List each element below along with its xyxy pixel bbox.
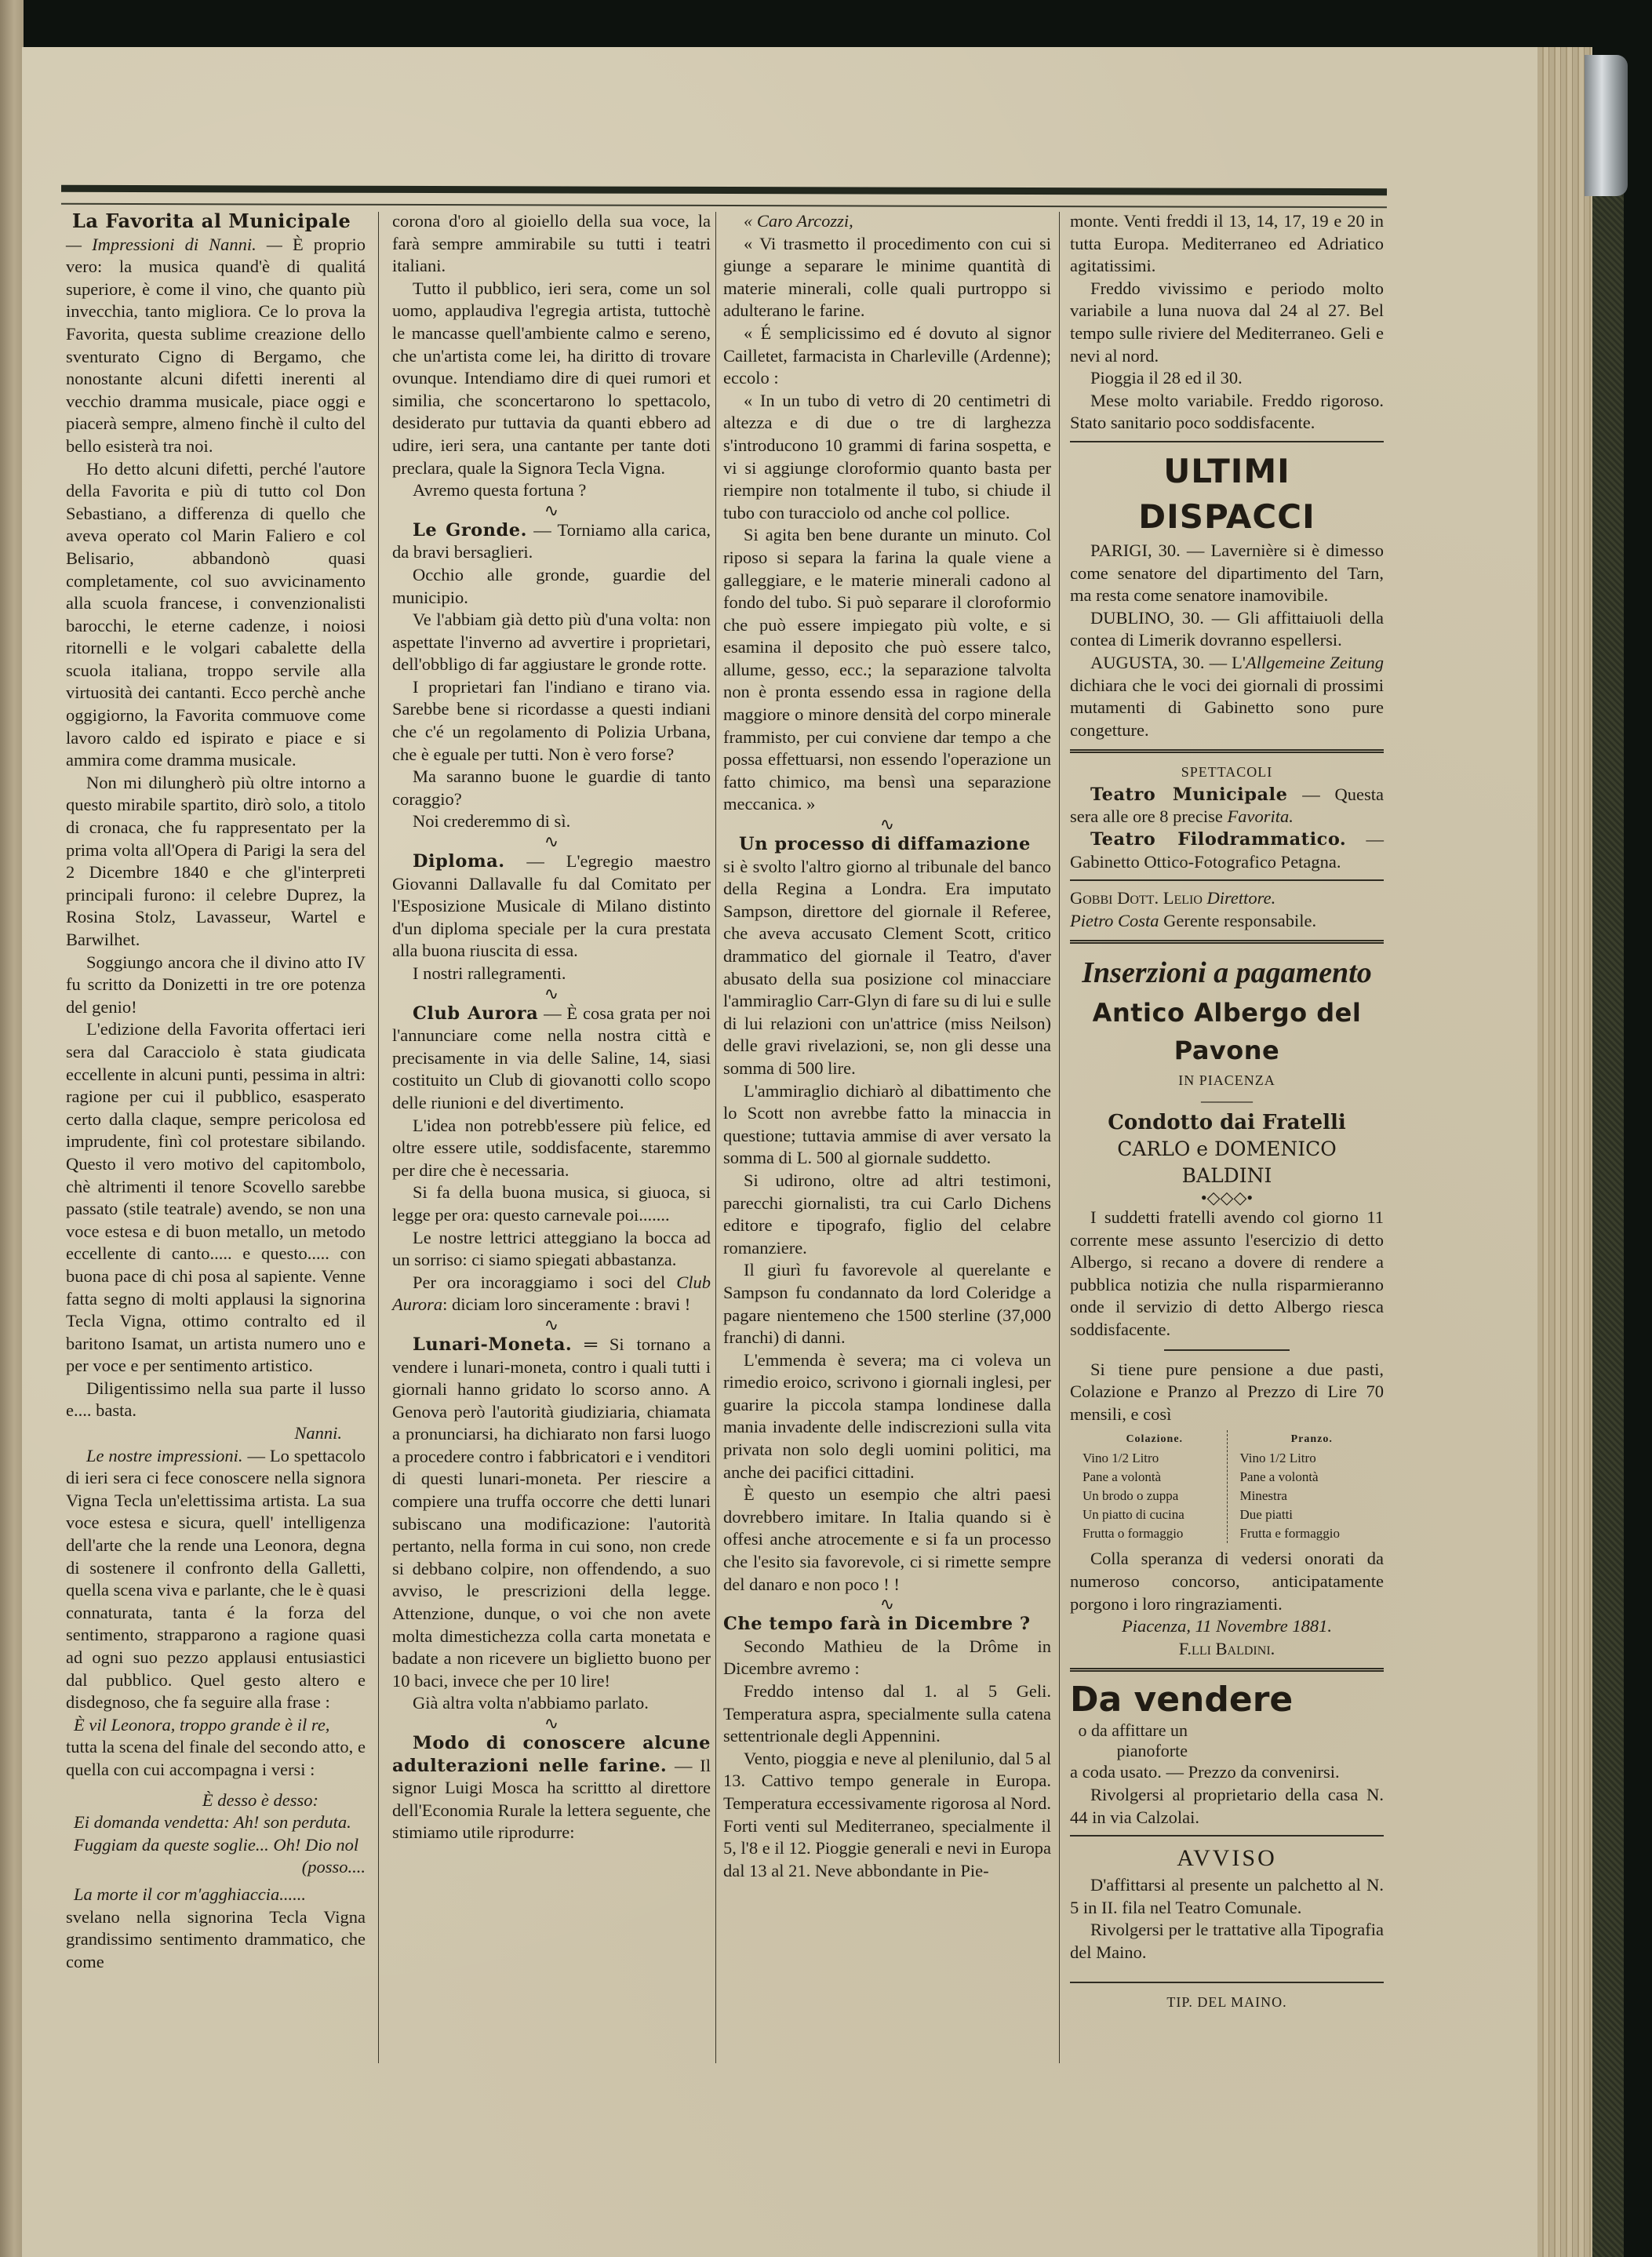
top-rule bbox=[61, 185, 1387, 208]
article-title: Club Aurora bbox=[413, 1003, 538, 1024]
director-role: Direttore. bbox=[1207, 888, 1276, 908]
menu-heading: Colazione. bbox=[1083, 1430, 1227, 1449]
salutation: « Caro Arcozzi, bbox=[744, 211, 853, 231]
column-3: « Caro Arcozzi, « Vi trasmetto il proced… bbox=[723, 210, 1051, 1882]
article-title: Le Gronde. bbox=[413, 520, 527, 541]
ornament-icon: ∿ bbox=[723, 1596, 1051, 1613]
article-lunari: Lunari-Moneta. ═ Si tornano a vendere i … bbox=[392, 1334, 711, 1693]
menu-item: Minestra bbox=[1240, 1487, 1385, 1505]
divider bbox=[1070, 940, 1384, 944]
dispatch-text: dichiara che le voci dei giornali di pro… bbox=[1070, 675, 1384, 740]
paragraph: Ve l'abbiam già detto più d'una volta: n… bbox=[392, 609, 711, 676]
menu-colazione: Colazione. Vino 1/2 Litro Pane a volontà… bbox=[1070, 1430, 1228, 1543]
page-stack-edges bbox=[1537, 47, 1592, 2257]
section-title: Inserzioni a pagamento bbox=[1070, 952, 1384, 994]
verse-line: (posso.... bbox=[66, 1856, 366, 1879]
manager-role: Gerente responsabile. bbox=[1163, 911, 1316, 930]
paragraph: L'edizione della Favorita offertaci ieri… bbox=[66, 1018, 366, 1378]
newspaper-name: Allgemeine Zeitung bbox=[1246, 653, 1384, 672]
paragraph: Freddo vivissimo e periodo molto variabi… bbox=[1070, 278, 1384, 367]
paragraph: Le nostre impressioni. — Lo spettacolo d… bbox=[66, 1445, 366, 1714]
masthead-credit: Pietro Costa Gerente responsabile. bbox=[1070, 910, 1384, 933]
paragraph: Non mi dilungherò più oltre intorno a qu… bbox=[66, 772, 366, 952]
paragraph: Il giurì fu favorevole al querelante e S… bbox=[723, 1259, 1051, 1349]
paragraph: I nostri rallegramenti. bbox=[392, 963, 711, 985]
divider bbox=[1070, 1835, 1384, 1837]
signature: Nanni. bbox=[294, 1423, 342, 1443]
column-2: corona d'oro al gioiello della sua voce,… bbox=[392, 210, 711, 1844]
menu-item: Vino 1/2 Litro bbox=[1083, 1449, 1227, 1468]
paragraph: Rivolgersi per le trattative alla Tipogr… bbox=[1070, 1919, 1384, 1964]
article-farine: Modo di conoscere alcune adulterazioni n… bbox=[392, 1732, 711, 1844]
paragraph: Avremo questa fortuna ? bbox=[392, 479, 711, 502]
director-name: Gobbi Dott. Lelio bbox=[1070, 888, 1203, 908]
listing: Teatro Filodrammatico. — Gabinetto Ottic… bbox=[1070, 828, 1384, 873]
paragraph: Occhio alle gronde, guardie del municipi… bbox=[392, 564, 711, 609]
ad-title: Antico Albergo del Pavone bbox=[1070, 994, 1384, 1069]
ad-signature: F.lli Baldini. bbox=[1070, 1638, 1384, 1661]
section-title: SPETTACOLI bbox=[1070, 761, 1384, 784]
paragraph: Ho detto alcuni difetti, perché l'autore… bbox=[66, 458, 366, 772]
verse-line: Fuggiam da queste soglie... Oh! Dio nol bbox=[66, 1834, 366, 1857]
paragraph-text: ═ Si tornano a vendere i lunari-moneta, … bbox=[392, 1334, 711, 1691]
article-byline: — Impressioni di Nanni. — bbox=[66, 235, 282, 254]
verse-line: È desso è desso: bbox=[66, 1789, 366, 1812]
manager-name: Pietro Costa bbox=[1070, 911, 1159, 930]
subhead: Le nostre impressioni. bbox=[86, 1446, 243, 1465]
theatre-name: Teatro Filodrammatico. bbox=[1090, 829, 1346, 850]
article-title: La Favorita al Municipale bbox=[66, 209, 351, 232]
column-divider bbox=[715, 212, 716, 2063]
menu-item: Pane a volontà bbox=[1083, 1468, 1227, 1487]
paragraph: « Vi trasmetto il procedimento con cui s… bbox=[723, 233, 1051, 322]
divider bbox=[1070, 1982, 1384, 1983]
divider bbox=[1070, 749, 1384, 753]
paragraph: È proprio vero: la musica quand'è di qua… bbox=[66, 235, 366, 456]
article-title: Modo di conoscere alcune adulterazioni n… bbox=[392, 1733, 711, 1776]
facing-page-edge bbox=[0, 0, 24, 2257]
paragraph: « In un tubo di vetro di 20 centimetri d… bbox=[723, 390, 1051, 525]
paragraph: a coda usato. — Prezzo da convenirsi. bbox=[1070, 1761, 1384, 1784]
divider bbox=[1070, 879, 1384, 881]
article-title: Diploma. bbox=[413, 851, 505, 872]
paragraph: si è svolto l'altro giorno al tribunale … bbox=[723, 856, 1051, 1080]
paragraph: L'emmenda è severa; ma ci voleva un rime… bbox=[723, 1349, 1051, 1484]
ornament-icon: ∿ bbox=[392, 1316, 711, 1334]
divider bbox=[1164, 1349, 1290, 1351]
paragraph: Secondo Mathieu de la Drôme in Dicembre … bbox=[723, 1636, 1051, 1680]
menu-item: Frutta o formaggio bbox=[1083, 1524, 1227, 1543]
article-diploma: Diploma. — L'egregio maestro Giovanni Da… bbox=[392, 850, 711, 963]
dispatch: PARIGI, 30. — Lavernière si è dimesso co… bbox=[1070, 540, 1384, 607]
paragraph: tutta la scena del finale del secondo at… bbox=[66, 1736, 366, 1781]
paragraph: Ma saranno buone le guardie di tanto cor… bbox=[392, 766, 711, 810]
ornament-icon: ∿ bbox=[392, 985, 711, 1003]
verse-line: Ei domanda vendetta: Ah! son perduta. bbox=[66, 1811, 366, 1834]
ad-date: Piacenza, 11 Novembre 1881. bbox=[1122, 1616, 1332, 1636]
section-title: ULTIMI DISPACCI bbox=[1070, 449, 1384, 540]
paragraph: Colla speranza di vedersi onorati da num… bbox=[1070, 1548, 1384, 1615]
menu-item: Pane a volontà bbox=[1240, 1468, 1385, 1487]
paragraph: Noi crederemmo di sì. bbox=[392, 810, 711, 833]
theatre-name: Teatro Municipale bbox=[1090, 784, 1287, 805]
paragraph: I suddetti fratelli avendo col giorno 11… bbox=[1070, 1207, 1384, 1341]
sale-ad-header: Da vendereo da affittare un pianoforte bbox=[1070, 1680, 1384, 1761]
paragraph: I proprietari fan l'indiano e tirano via… bbox=[392, 676, 711, 766]
masthead-credit: Gobbi Dott. Lelio Direttore. bbox=[1070, 887, 1384, 910]
ornament-icon: ∿ bbox=[392, 502, 711, 519]
paragraph: Le nostre lettrici atteggiano la bocca a… bbox=[392, 1227, 711, 1272]
verse-line: La morte il cor m'agghiaccia...... bbox=[66, 1884, 366, 1906]
paragraph: « É semplicissimo ed é dovuto al signor … bbox=[723, 322, 1051, 390]
paragraph: Freddo intenso dal 1. al 5 Geli. Tempera… bbox=[723, 1680, 1051, 1748]
paragraph: Già altra volta n'abbiamo parlato. bbox=[392, 1692, 711, 1715]
menu-item: Frutta e formaggio bbox=[1240, 1524, 1385, 1543]
ad-side-text: o da affittare un pianoforte bbox=[1070, 1720, 1188, 1761]
ornament-icon: ∿ bbox=[723, 816, 1051, 833]
article-club-aurora: Club Aurora — È cosa grata per noi l'ann… bbox=[392, 1003, 711, 1115]
ad-subtitle: CARLO e DOMENICO BALDINI bbox=[1070, 1136, 1384, 1189]
show-title: Favorita. bbox=[1228, 806, 1294, 826]
paragraph: Diligentissimo nella sua parte il lusso … bbox=[66, 1378, 366, 1422]
paragraph: D'affittarsi al presente un palchetto al… bbox=[1070, 1874, 1384, 1919]
paragraph: Si tiene pure pensione a due pasti, Cola… bbox=[1070, 1359, 1384, 1426]
divider bbox=[1070, 1668, 1384, 1672]
printer-imprint: TIP. DEL MAINO. bbox=[1070, 1991, 1384, 2014]
ad-subtitle: Condotto dai Fratelli bbox=[1070, 1109, 1384, 1136]
paragraph: Si agita ben bene durante un minuto. Col… bbox=[723, 524, 1051, 816]
ad-title: AVVISO bbox=[1070, 1843, 1384, 1874]
paragraph-text: — Lo spettacolo di ieri sera ci fece con… bbox=[66, 1446, 366, 1713]
article-title: Lunari-Moneta. bbox=[413, 1334, 572, 1355]
column-1: La Favorita al Municipale — Impressioni … bbox=[66, 210, 366, 1973]
column-4: monte. Venti freddi il 13, 14, 17, 19 e … bbox=[1070, 210, 1384, 2013]
dispatch: DUBLINO, 30. — Gli affittaiuoli della co… bbox=[1070, 607, 1384, 652]
paragraph: Rivolgersi al proprietario della casa N.… bbox=[1070, 1784, 1384, 1829]
column-divider bbox=[1059, 212, 1060, 2063]
divider bbox=[1070, 441, 1384, 442]
paragraph: Vento, pioggia e neve al plenilunio, dal… bbox=[723, 1748, 1051, 1883]
metal-clip bbox=[1585, 55, 1628, 196]
paragraph: svelano nella signorina Tecla Vigna gran… bbox=[66, 1906, 366, 1974]
ad-title: Da vendere bbox=[1070, 1680, 1293, 1720]
paragraph-text: : diciam loro sinceramente : bravi ! bbox=[442, 1294, 690, 1314]
paragraph: Per ora incoraggiamo i soci del Club Aur… bbox=[392, 1272, 711, 1316]
paragraph: Mese molto variabile. Freddo rigoroso. S… bbox=[1070, 390, 1384, 435]
menu-heading: Pranzo. bbox=[1240, 1430, 1385, 1449]
article-favorita: La Favorita al Municipale — Impressioni … bbox=[66, 210, 366, 458]
menu-item: Due piatti bbox=[1240, 1505, 1385, 1524]
binding-spine bbox=[1592, 86, 1624, 2257]
paragraph: Si udirono, oltre ad altri testimoni, pa… bbox=[723, 1170, 1051, 1259]
paragraph: Pioggia il 28 ed il 30. bbox=[1070, 367, 1384, 390]
menu-pranzo: Pranzo. Vino 1/2 Litro Pane a volontà Mi… bbox=[1228, 1430, 1385, 1543]
ornament-icon: •◇◇◇• bbox=[1070, 1189, 1384, 1207]
paragraph: Soggiungo ancora che il divino atto IV f… bbox=[66, 952, 366, 1019]
paragraph-text: Per ora incoraggiamo i soci del bbox=[413, 1272, 665, 1292]
ad-location: IN PIACENZA bbox=[1070, 1069, 1384, 1092]
column-divider bbox=[378, 212, 379, 2063]
paragraph: Tutto il pubblico, ieri sera, come un so… bbox=[392, 278, 711, 479]
paragraph: monte. Venti freddi il 13, 14, 17, 19 e … bbox=[1070, 210, 1384, 278]
dispatch: AUGUSTA, 30. — L'Allgemeine Zeitung dich… bbox=[1070, 652, 1384, 741]
paragraph: Si fa della buona musica, si giuoca, si … bbox=[392, 1181, 711, 1226]
ornament-icon: ∿ bbox=[392, 1715, 711, 1732]
menu-table: Colazione. Vino 1/2 Litro Pane a volontà… bbox=[1070, 1430, 1384, 1543]
paragraph: È questo un esempio che altri paesi dovr… bbox=[723, 1483, 1051, 1596]
listing: Teatro Municipale — Questa sera alle ore… bbox=[1070, 784, 1384, 828]
article-title: Un processo di diffamazione bbox=[723, 833, 1051, 856]
article-title: Che tempo farà in Dicembre ? bbox=[723, 1613, 1051, 1636]
menu-item: Vino 1/2 Litro bbox=[1240, 1449, 1385, 1468]
paragraph: corona d'oro al gioiello della sua voce,… bbox=[392, 210, 711, 278]
dispatch-text: AUGUSTA, 30. — L' bbox=[1090, 653, 1246, 672]
menu-item: Un brodo o zuppa bbox=[1083, 1487, 1227, 1505]
ornament-icon: ——— bbox=[1070, 1092, 1384, 1109]
paragraph: L'idea non potrebb'essere più felice, ed… bbox=[392, 1115, 711, 1182]
paragraph: L'ammiraglio dichiarò al dibattimento ch… bbox=[723, 1080, 1051, 1170]
menu-item: Un piatto di cucina bbox=[1083, 1505, 1227, 1524]
article-gronde: Le Gronde. — Torniamo alla carica, da br… bbox=[392, 519, 711, 564]
ornament-icon: ∿ bbox=[392, 833, 711, 850]
quote: È vil Leonora, troppo grande è il re, bbox=[66, 1714, 366, 1737]
